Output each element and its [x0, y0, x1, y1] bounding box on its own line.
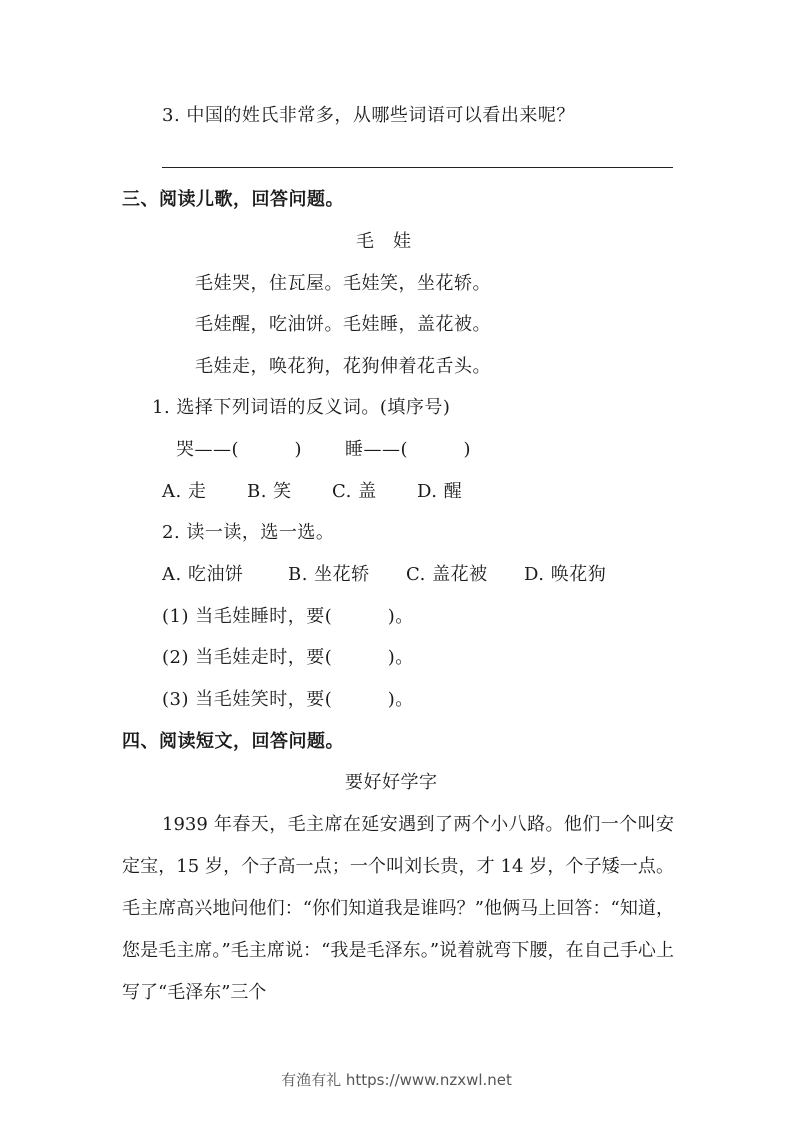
q1-option-d: D. 醒: [417, 480, 462, 504]
q2-option-d: D. 唤花狗: [524, 563, 606, 587]
q2-prompt: 2. 读一读，选一选。: [162, 521, 334, 545]
q2-item-2: (2) 当毛娃走时，要( )。: [162, 646, 414, 670]
passage-paragraph: 1939 年春天，毛主席在延安遇到了两个小八路。他们一个叫安定宝，15 岁，个子…: [122, 804, 674, 1014]
q2-item-1: (1) 当毛娃睡时，要( )。: [162, 605, 414, 629]
poem-line-3: 毛娃走，唤花狗，花狗伸着花舌头。: [195, 355, 491, 379]
poem-title: 毛 娃: [356, 230, 412, 254]
footer-watermark: 有渔有礼 https://www.nzxwl.net: [0, 1069, 793, 1090]
q1-options: A. 走B. 笑C. 盖D. 醒: [162, 480, 462, 504]
q2-options: A. 吃油饼B. 坐花轿C. 盖花被D. 唤花狗: [162, 563, 606, 587]
q1-option-b: B. 笑: [247, 480, 332, 504]
q2-item-3: (3) 当毛娃笑时，要( )。: [162, 688, 414, 712]
q1-blank-cry: 哭——( ): [176, 438, 302, 462]
q1-prompt: 1. 选择下列词语的反义词。(填序号): [152, 396, 450, 420]
q1-option-c: C. 盖: [332, 480, 417, 504]
q2-option-a: A. 吃油饼: [162, 563, 288, 587]
q2-option-c: C. 盖花被: [406, 563, 524, 587]
q1-blank-sleep: 睡——( ): [345, 438, 471, 462]
section-4-heading: 四、阅读短文，回答问题。: [122, 730, 344, 754]
section-3-heading: 三、阅读儿歌，回答问题。: [122, 188, 344, 212]
question-3: 3. 中国的姓氏非常多，从哪些词语可以看出来呢？: [162, 104, 575, 128]
q2-option-b: B. 坐花轿: [288, 563, 406, 587]
passage-title: 要好好学字: [345, 771, 438, 795]
q1-option-a: A. 走: [162, 480, 247, 504]
poem-line-2: 毛娃醒，吃油饼。毛娃睡，盖花被。: [195, 313, 491, 337]
answer-line: [162, 167, 673, 168]
poem-line-1: 毛娃哭，住瓦屋。毛娃笑，坐花轿。: [195, 272, 491, 296]
